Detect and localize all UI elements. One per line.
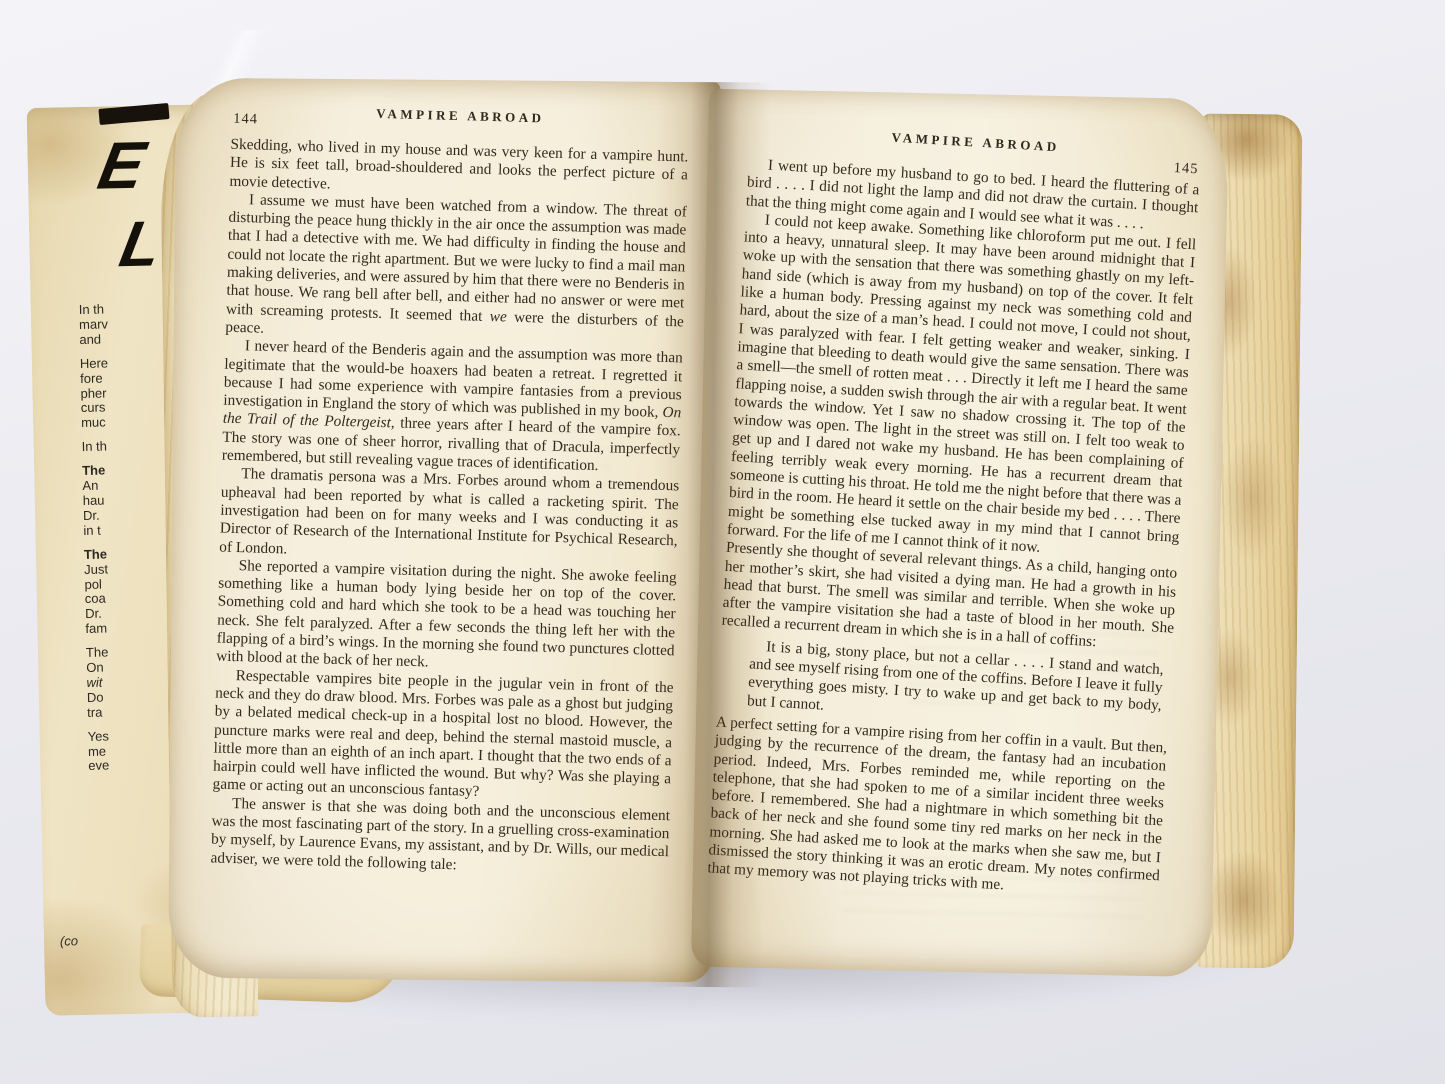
paragraph: Respectable vampires bite people in the … (212, 666, 673, 807)
left-page: 144 VAMPIRE ABROAD Skedding, who lived i… (168, 78, 721, 983)
jacket-title-letter: L (115, 211, 166, 276)
paragraph: A perfect setting for a vampire rising f… (707, 713, 1168, 903)
paragraph: She reported a vampire visitation during… (216, 556, 677, 679)
flap-bottom-fragment: (co (60, 933, 78, 948)
running-head-title: VAMPIRE ABROAD (750, 122, 1202, 164)
running-head-title: VAMPIRE ABROAD (231, 102, 689, 131)
paragraph: The dramatis persona was a Mrs. Forbes a… (219, 465, 679, 569)
right-page-body: I went up before my husband to go to bed… (707, 155, 1200, 903)
right-page-text: VAMPIRE ABROAD 145 I went up before my h… (707, 120, 1202, 904)
paragraph: I never heard of the Benderis again and … (222, 337, 683, 478)
paragraph: I assume we must have been watched from … (225, 191, 687, 350)
open-book-photo: E L In thmarvandHereforephercursmucIn th… (0, 0, 1445, 1084)
jacket-title-letter: E (93, 132, 150, 199)
left-page-body: Skedding, who lived in my house and was … (210, 136, 688, 880)
left-page-text: 144 VAMPIRE ABROAD Skedding, who lived i… (210, 100, 689, 880)
page-number: 145 (1173, 160, 1199, 178)
paragraph: The answer is that she was doing both an… (210, 794, 670, 880)
right-page: VAMPIRE ABROAD 145 I went up before my h… (691, 89, 1229, 978)
paragraph: I could not keep awake. Something like c… (726, 210, 1196, 565)
